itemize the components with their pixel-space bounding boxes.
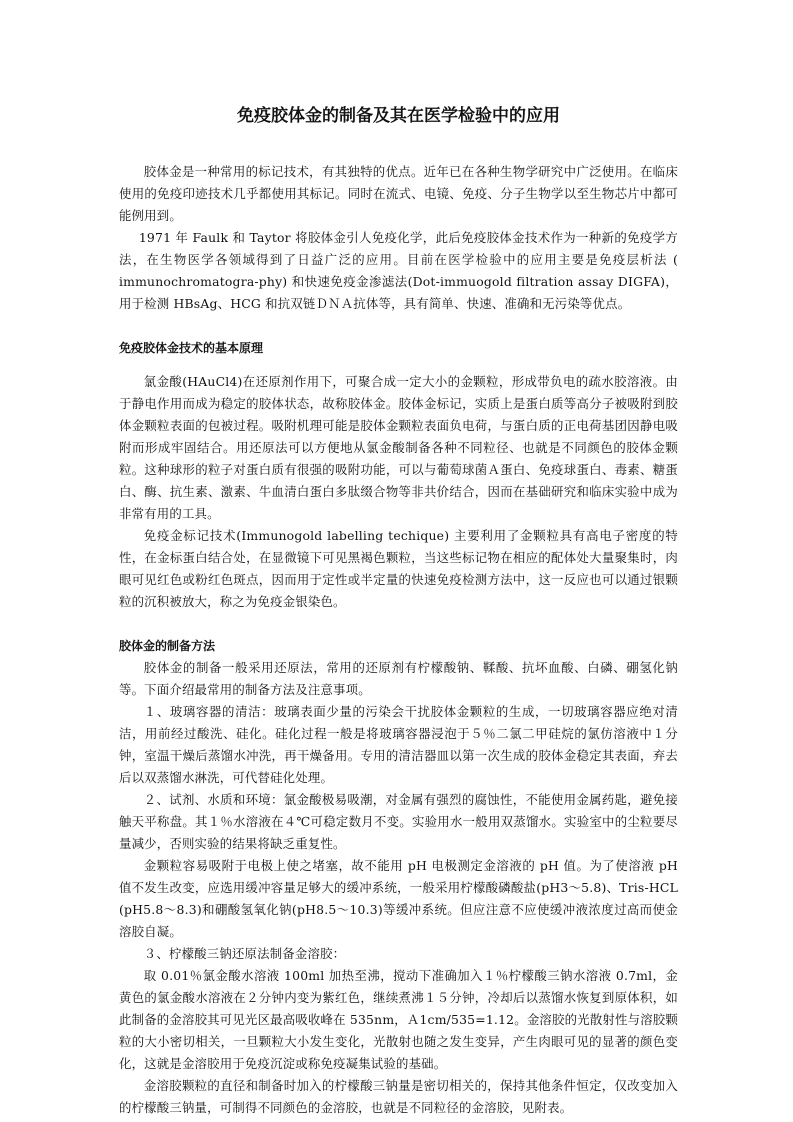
document-page: 免疫胶体金的制备及其在医学检验中的应用 胶体金是一种常用的标记技术，有其独特的优… [119, 104, 678, 1119]
spacer [119, 613, 678, 635]
document-title: 免疫胶体金的制备及其在医学检验中的应用 [119, 104, 678, 128]
preparation-paragraph-citrate-heading: ３、柠檬酸三钠还原法制备金溶胶： [119, 943, 678, 965]
spacer [119, 359, 678, 371]
principle-paragraph-1: 氯金酸(HAuCl4)在还原剂作用下，可聚合成一定大小的金颗粒，形成带负电的疏水… [119, 371, 678, 525]
preparation-paragraph-1: 胶体金的制备一般采用还原法，常用的还原剂有柠檬酸钠、鞣酸、抗坏血酸、白磷、硼氢化… [119, 657, 678, 701]
intro-paragraph-1: 胶体金是一种常用的标记技术，有其独特的优点。近年已在各种生物学研究中广泛使用。在… [119, 161, 678, 227]
preparation-paragraph-citrate-method: 取 0.01％氯金酸水溶液 100ml 加热至沸，搅动下准确加入１％柠檬酸三钠水… [119, 965, 678, 1075]
preparation-paragraph-diameter: 金溶胶颗粒的直径和制备时加入的柠檬酸三钠量是密切相关的，保持其他条件恒定，仅改变… [119, 1075, 678, 1119]
preparation-paragraph-ph: 金颗粒容易吸附于电极上使之堵塞，故不能用 pH 电极测定金溶液的 pH 值。为了… [119, 855, 678, 943]
spacer [119, 315, 678, 337]
section-heading-principle: 免疫胶体金技术的基本原理 [119, 337, 678, 359]
principle-paragraph-2: 免疫金标记技术(Immunogold labelling techique) 主… [119, 525, 678, 613]
preparation-paragraph-reagents: ２、试剂、水质和环境：氯金酸极易吸潮，对金属有强烈的腐蚀性，不能使用金属药匙，避… [119, 789, 678, 855]
section-heading-preparation: 胶体金的制备方法 [119, 635, 678, 657]
preparation-paragraph-glass-cleaning: １、玻璃容器的清洁：玻璃表面少量的污染会干扰胶体金颗粒的生成，一切玻璃容器应绝对… [119, 701, 678, 789]
intro-paragraph-2: 1971 年 Faulk 和 Taytor 将胶体金引人免疫化学，此后免疫胶体金… [119, 227, 678, 315]
